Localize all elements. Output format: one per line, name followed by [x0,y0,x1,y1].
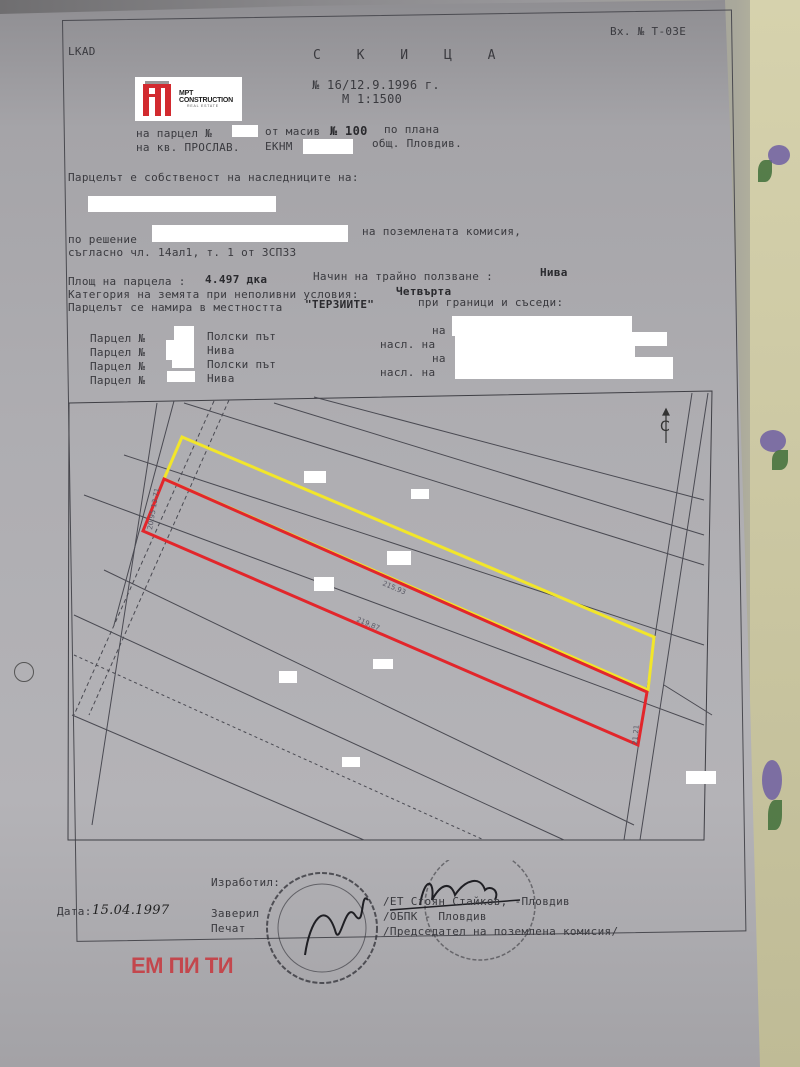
plan-label: по плана [384,123,439,136]
round-stamp-icon [267,873,377,983]
redaction [167,371,195,382]
neighbor-label: Парцел № [90,332,145,345]
redaction [172,354,194,368]
signature-icon [305,898,368,955]
owner-label: Парцелът е собственост на наследниците н… [68,171,359,184]
neighbor-label: Парцел № [90,360,145,373]
neighbor-label: Парцел № [90,346,145,359]
logo-subtitle: REAL ESTATE [187,104,242,108]
decision-prefix: по решение [68,233,137,246]
document-number-date: № 16/12.9.1996 г. [312,78,440,92]
decision-redaction [152,225,348,242]
usage-value: Нива [540,266,568,279]
highlighted-plot-red [143,479,647,745]
usage-label: Начин на трайно ползване : [313,270,493,283]
svg-text:С: С [660,419,670,435]
footer-line-2: /ОБПК - Пловдив [383,910,487,923]
location-prefix: Парцелът се намира в местността [68,301,283,314]
neighbor-owner-prefix: на [432,352,446,365]
prepared-label: Изработил: [211,876,280,889]
neighbor-type: Полски път [207,330,276,343]
redaction [686,771,716,784]
flower-decoration [762,760,782,800]
certified-label: Заверил [211,907,259,920]
area-value: 4.497 дка [205,273,267,286]
flower-decoration [760,430,786,452]
logo-mark-icon [141,80,175,118]
brand-watermark: ЕМ ПИ ТИ [131,953,233,979]
cadastral-map: С 215.93 219.87 20.95 13.71 21.21 [64,385,714,845]
neighbor-type: Нива [207,344,235,357]
footer-line-3: /Председател на поземлена комисия/ [383,925,618,938]
neighbor-owner-prefix: на [432,324,446,337]
date-label: Дата: [57,905,92,918]
redaction [303,139,353,154]
system-tag: LKAD [68,45,96,58]
area-label: Площ на парцела : [68,275,186,288]
massif-number: № 100 [330,124,368,138]
owner-redaction [88,196,276,212]
neighbor-owner-prefix: насл. на [380,338,435,351]
tablecloth-background [750,0,800,1067]
redaction [455,357,673,379]
redaction [232,125,258,137]
parcel-label: на парцел № [136,127,212,140]
decision-suffix: на поземлената комисия, [362,225,521,238]
logo-name: MPT CONSTRUCTION [179,90,242,104]
municipality-label: общ. Пловдив. [372,137,462,150]
document-scale: М 1:1500 [342,92,402,106]
massif-label: от масив [265,125,320,138]
flower-decoration [772,450,788,470]
incoming-number: Вх. № Т-03Е [610,25,686,38]
flower-decoration [768,800,782,830]
company-logo: MPT CONSTRUCTION REAL ESTATE [135,77,242,121]
ekatte-label: ЕКНМ [265,140,293,153]
footer-line-1: /ЕТ Стоян Стайков, -Пловдив [383,895,570,908]
neighbor-type: Полски път [207,358,276,371]
neighbor-type: Нива [207,372,235,385]
date-value: 15.04.1997 [92,903,169,918]
redaction [174,326,194,340]
legal-basis: съгласно чл. 14ал1, т. 1 от ЗСПЗЗ [68,246,296,259]
stamp-label: Печат [211,922,246,935]
punch-hole [14,662,34,682]
redaction [455,332,667,346]
district-label: на кв. ПРОСЛАВ. [136,141,240,154]
document-title: С К И Ц А [313,48,509,63]
location-suffix: при граници и съседи: [418,296,563,309]
flower-decoration [768,145,790,165]
neighbor-owner-prefix: насл. на [380,366,435,379]
flower-decoration [758,160,772,182]
location-value: "ТЕРЗИИТЕ" [305,298,374,311]
